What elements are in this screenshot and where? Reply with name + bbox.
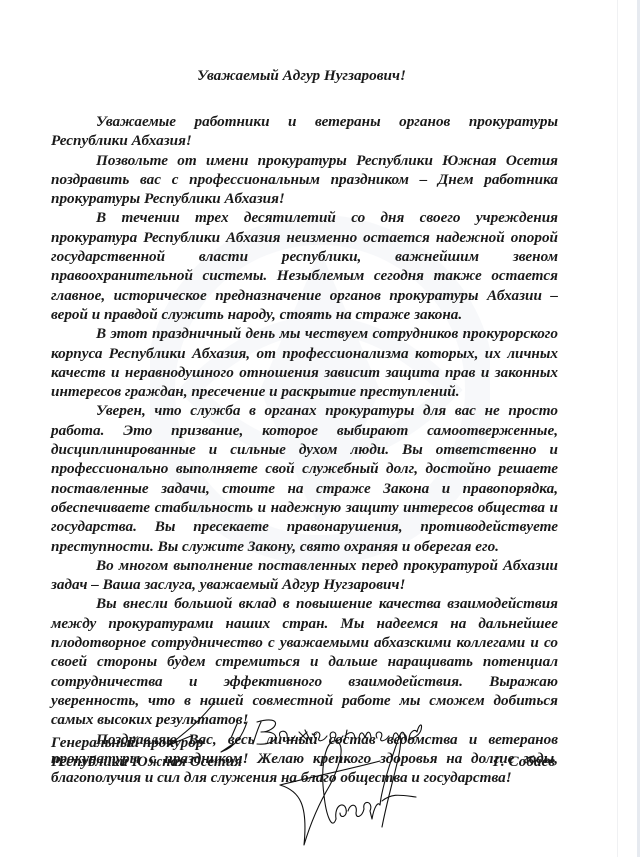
paragraph-4: В этот праздничный день мы чествуем сотр… — [51, 324, 558, 401]
signatory-name: Г. Собаев — [493, 752, 555, 771]
letter-page: Уважаемый Адгур Нугзарович! Уважаемые ра… — [0, 0, 640, 857]
salutation: Уважаемый Адгур Нугзарович! — [51, 67, 558, 85]
letter-body: Уважаемые работники и ветераны органов п… — [51, 112, 558, 787]
paragraph-5: Уверен, что служба в органах прокуратуры… — [51, 401, 558, 555]
signatory-position-line1: Генеральный прокурор — [51, 733, 558, 752]
paragraph-3: В течении трех десятилетий со дня своего… — [51, 208, 558, 324]
paragraph-2: Позвольте от имени прокуратуры Республик… — [51, 151, 558, 209]
paragraph-7: Вы внесли большой вклад в повышение каче… — [51, 594, 558, 729]
paragraph-6: Во многом выполнение поставленных перед … — [51, 556, 558, 595]
signatory-position-line2: Республики Южная Осетия — [51, 752, 558, 771]
signature-block: Генеральный прокурор Республики Южная Ос… — [51, 733, 558, 772]
paragraph-1: Уважаемые работники и ветераны органов п… — [51, 112, 558, 151]
page-edge — [617, 0, 618, 857]
